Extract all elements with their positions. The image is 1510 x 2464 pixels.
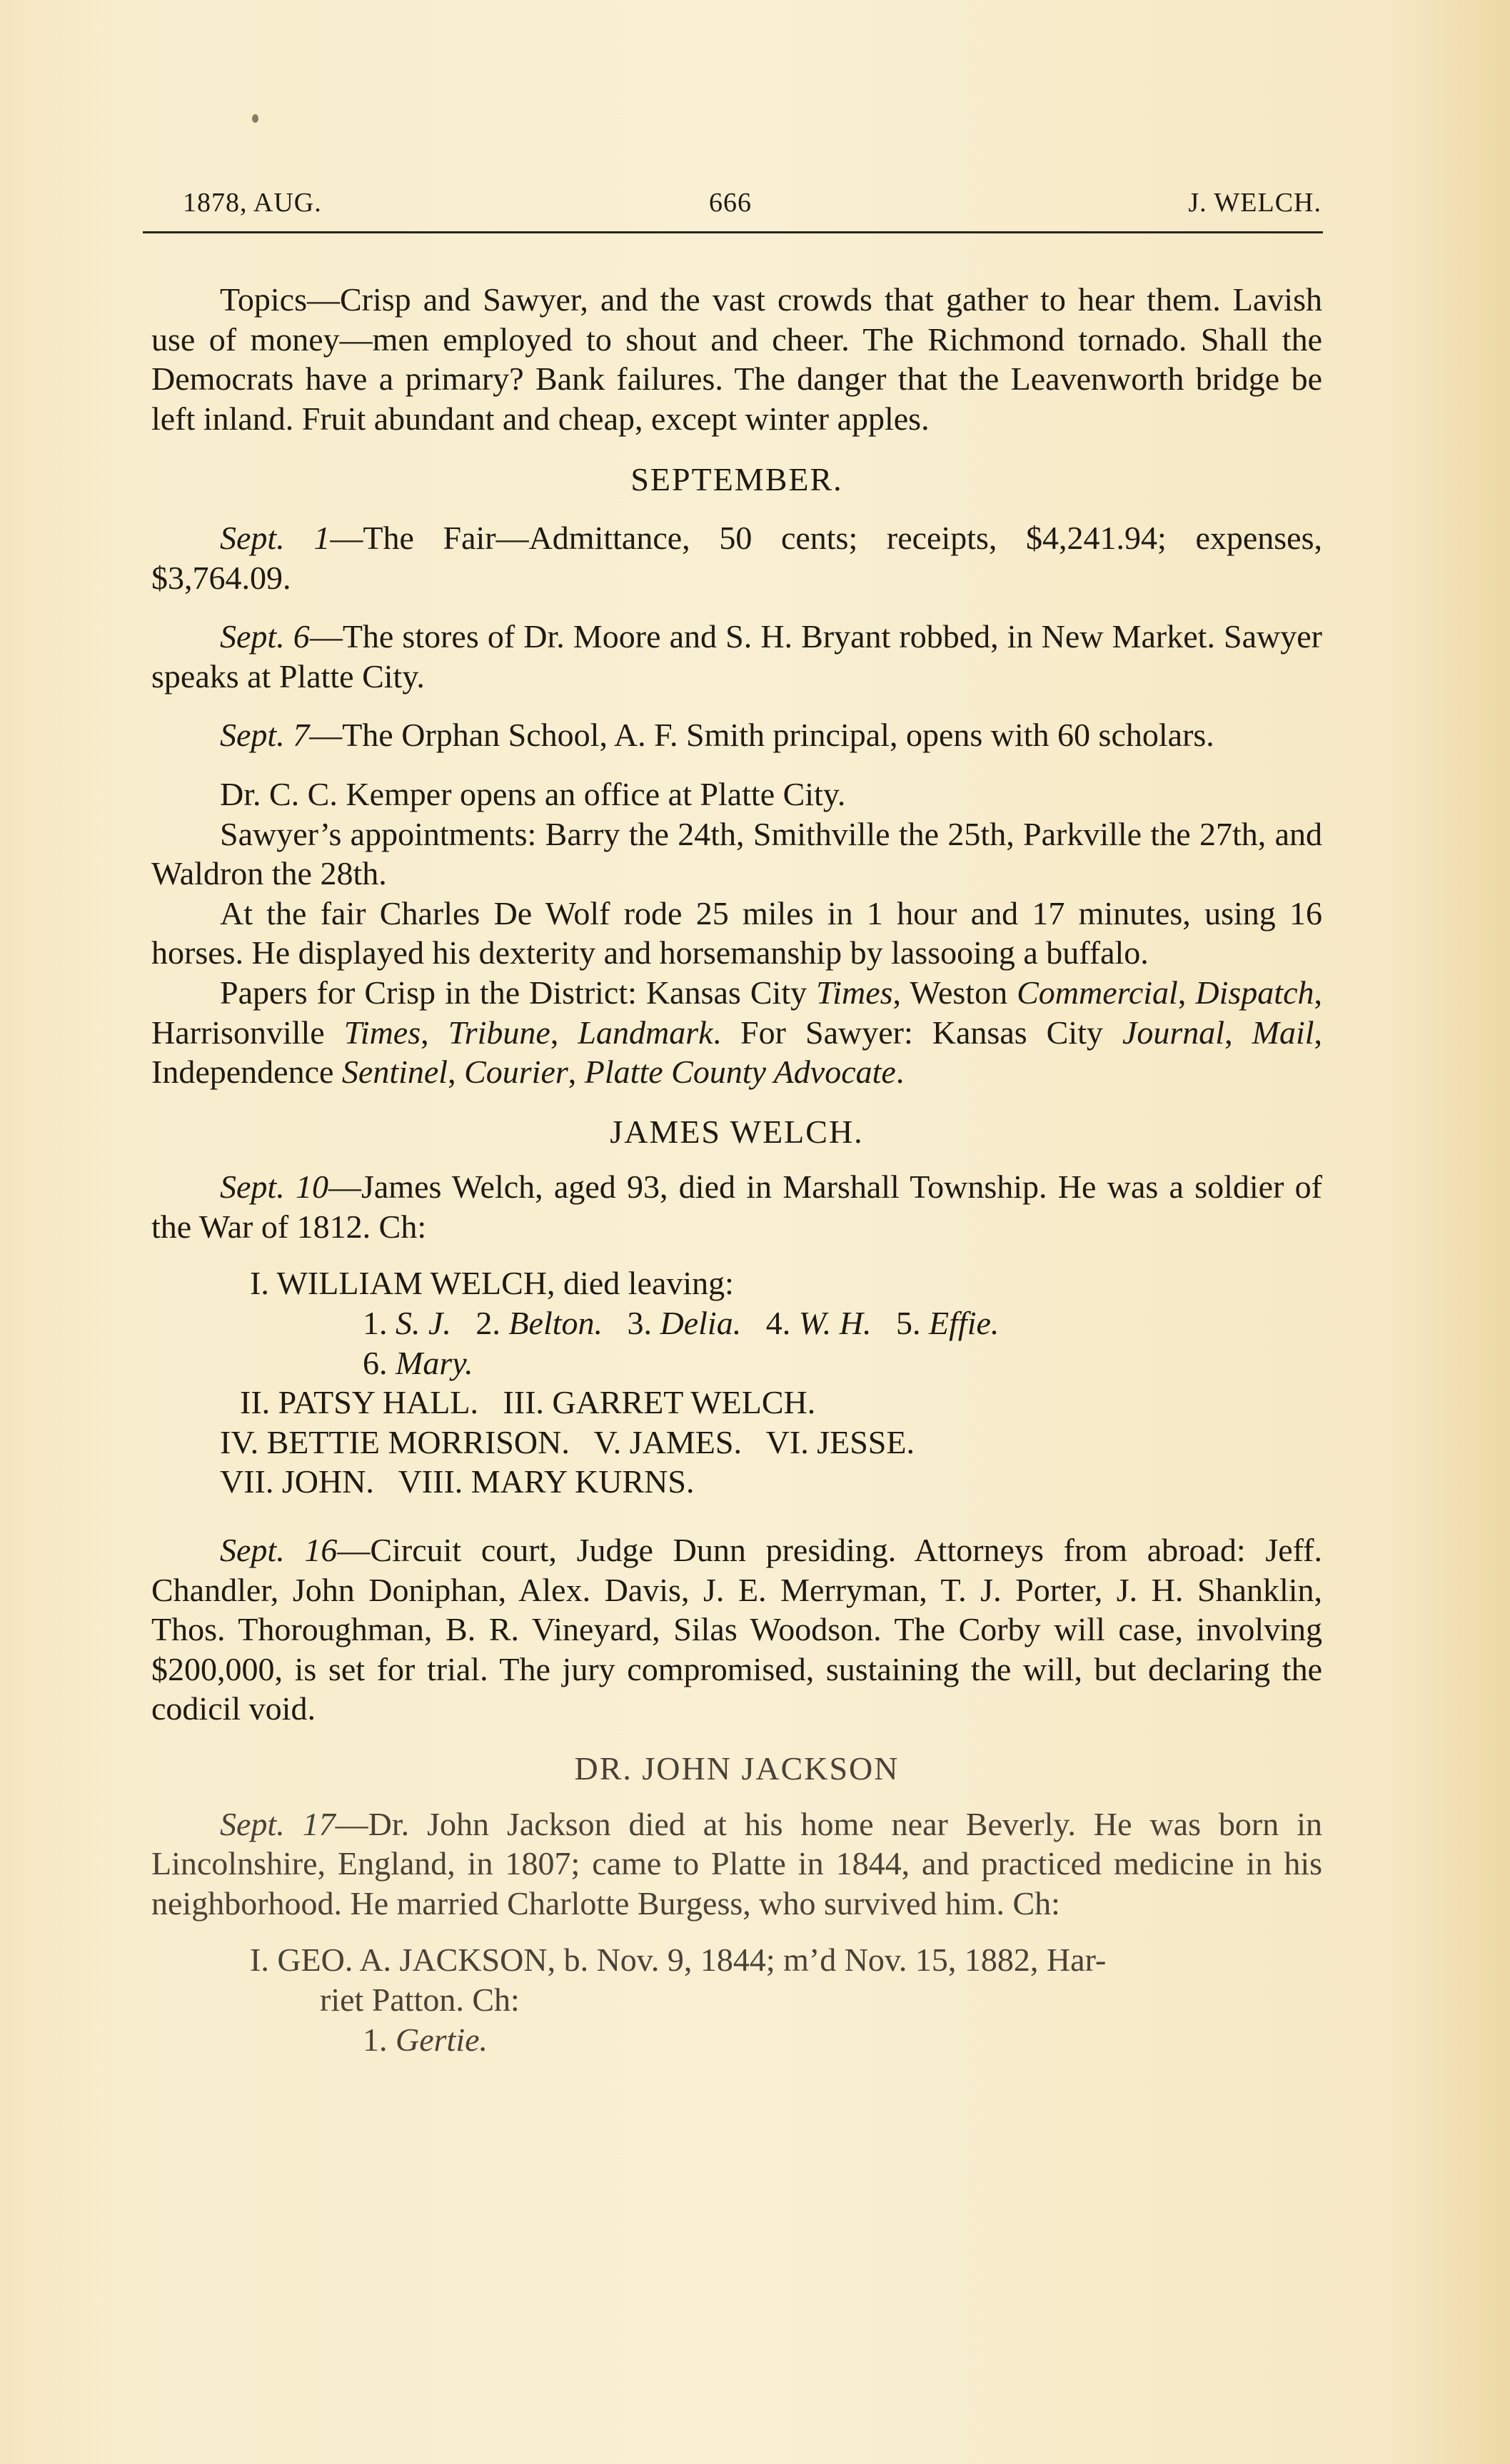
children-line-2: II. PATSY HALL. III. GARRET WELCH. (151, 1383, 1322, 1423)
paper-speck (252, 114, 258, 123)
section-heading-john-jackson: DR. JOHN JACKSON (151, 1749, 1322, 1789)
page-number: 666 (709, 187, 752, 218)
jackson-child-line-2: riet Patton. Ch: (151, 1980, 1322, 2020)
running-head-subject: J. WELCH. (1188, 187, 1322, 218)
grandchildren-line-2: 6. Mary. (151, 1343, 1322, 1383)
running-head-date: 1878, AUG. (183, 187, 322, 218)
entry-date: Sept. 1 (220, 520, 330, 556)
page-body: Topics—Crisp and Sawyer, and the vast cr… (151, 280, 1322, 2059)
grandchildren-line-1: 1. S. J. 2. Belton. 3. Delia. 4. W. H. 5… (151, 1303, 1322, 1343)
entry-date: Sept. 17 (220, 1806, 336, 1842)
spacer (151, 1246, 1322, 1263)
john-jackson-entry: Sept. 17—Dr. John Jackson died at his ho… (151, 1804, 1322, 1924)
dewolf-paragraph: At the fair Charles De Wolf rode 25 mile… (151, 894, 1322, 973)
entry-date: Sept. 6 (220, 618, 310, 655)
appointments-paragraph: Sawyer’s appointments: Barry the 24th, S… (151, 814, 1322, 894)
entry-sept-7: Sept. 7—The Orphan School, A. F. Smith p… (151, 715, 1322, 755)
entry-date: Sept. 10 (220, 1168, 328, 1205)
entry-sept-1: Sept. 1—The Fair—Admittance, 50 cents; r… (151, 518, 1322, 597)
papers-paragraph: Papers for Crisp in the District: Kansas… (151, 973, 1322, 1092)
children-line-4: VII. JOHN. VIII. MARY KURNS. (151, 1462, 1322, 1502)
section-heading-september: SEPTEMBER. (151, 460, 1322, 500)
jackson-grandchild-line: 1. Gertie. (151, 2020, 1322, 2060)
section-heading-james-welch: JAMES WELCH. (151, 1112, 1322, 1152)
james-welch-entry: Sept. 10—James Welch, aged 93, died in M… (151, 1167, 1322, 1246)
header-rule (143, 231, 1323, 233)
spacer (151, 1923, 1322, 1940)
kemper-paragraph: Dr. C. C. Kemper opens an office at Plat… (151, 774, 1322, 814)
entry-date: Sept. 7 (220, 717, 309, 753)
child-line-1: I. WILLIAM WELCH, died leaving: (151, 1263, 1322, 1303)
entry-sept-6: Sept. 6—The stores of Dr. Moore and S. H… (151, 617, 1322, 696)
entry-date: Sept. 16 (220, 1532, 337, 1568)
jackson-child-line-1: I. GEO. A. JACKSON, b. Nov. 9, 1844; m’d… (151, 1940, 1322, 1980)
circuit-court-entry: Sept. 16—Circuit court, Judge Dunn presi… (151, 1530, 1322, 1729)
children-line-3: IV. BETTIE MORRISON. V. JAMES. VI. JESSE… (151, 1423, 1322, 1463)
book-page: 1878, AUG. 666 J. WELCH. Topics—Crisp an… (0, 0, 1510, 2464)
topics-paragraph: Topics—Crisp and Sawyer, and the vast cr… (151, 280, 1322, 438)
running-head: 1878, AUG. 666 J. WELCH. (183, 187, 1322, 218)
